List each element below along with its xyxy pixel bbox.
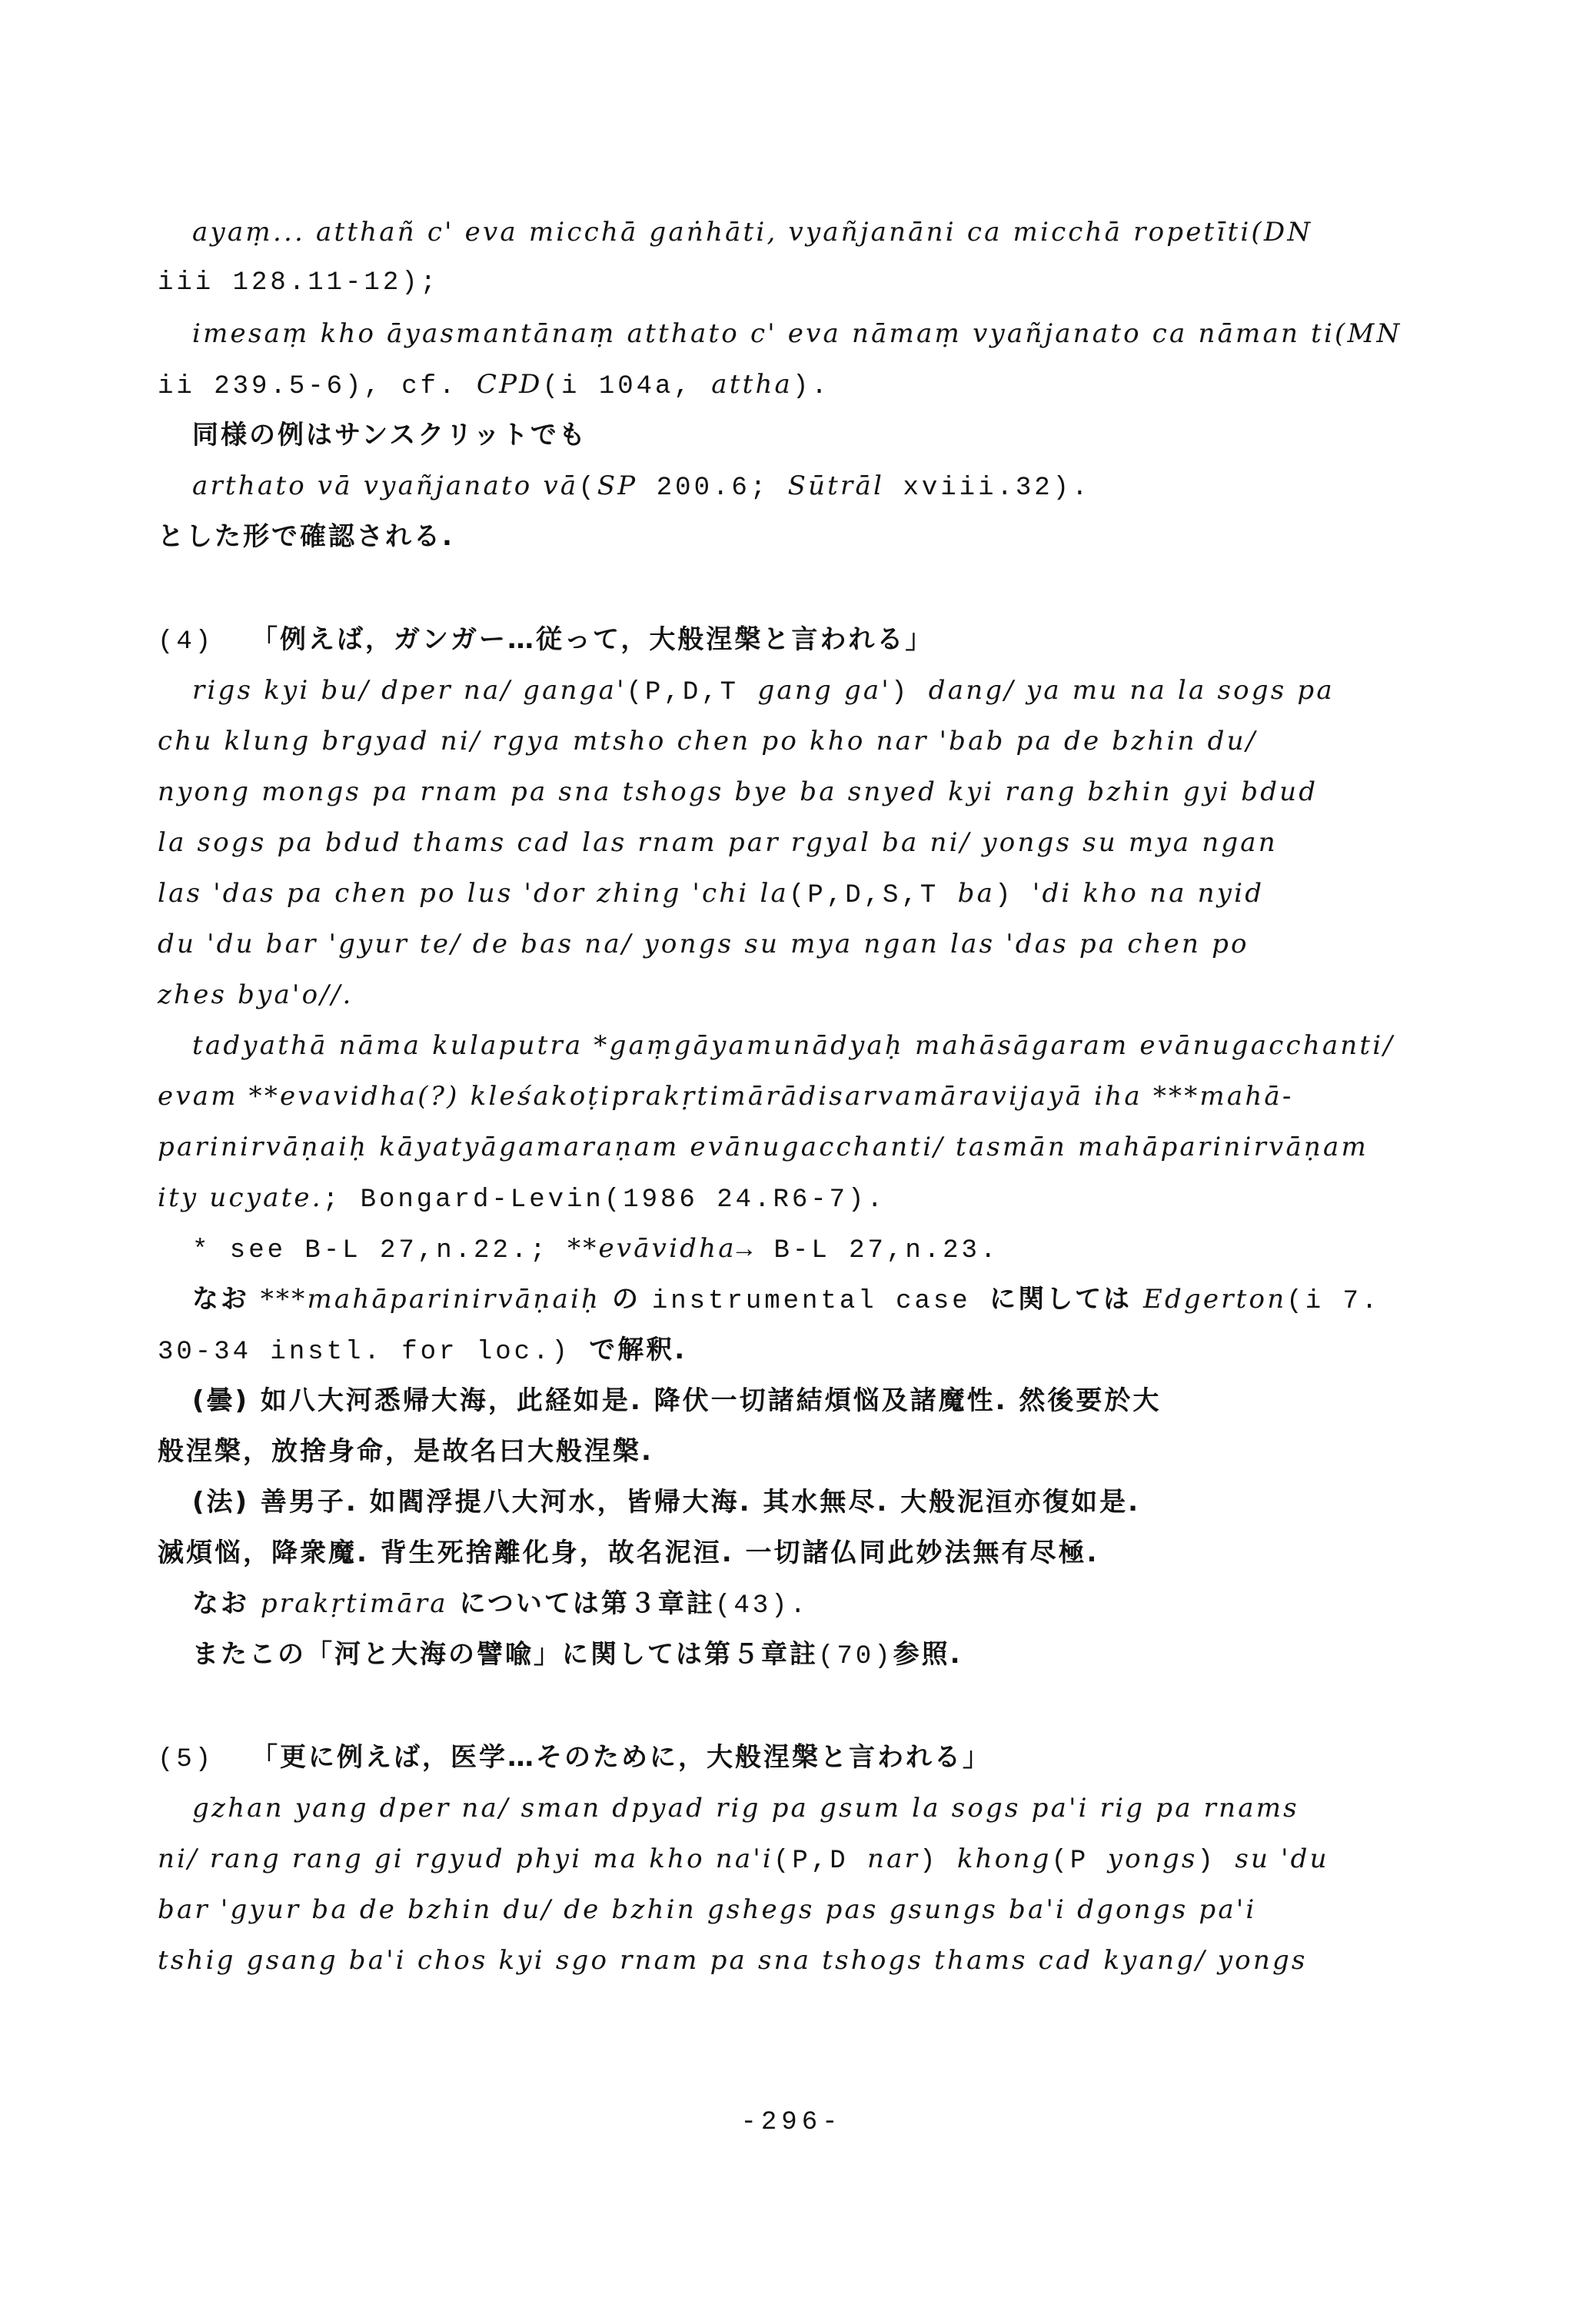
text-segment: ***mahāparinirvāṇaiḥ (261, 1284, 600, 1315)
text-segment: las 'das pa chen po lus 'dor zhing 'chi … (158, 878, 789, 909)
text-segment: の (600, 1284, 652, 1315)
text-line: 30-34 instl. for loc.) で解釈. (158, 1335, 687, 1368)
text-line: imesaṃ kho āyasmantānaṃ atthato c' eva n… (192, 318, 1402, 351)
text-segment: dang/ ya mu na la sogs pa (929, 675, 1335, 706)
text-segment: chu klung brgyad ni/ rgya mtsho chen po … (158, 726, 1257, 756)
text-line: (法) 善男子. 如閻浮提八大河水，皆帰大海. 其水無尽. 大般泥洹亦復如是. (192, 1487, 1140, 1520)
text-segment: SP (597, 470, 638, 501)
text-line: (4) 「例えば，ガンガー…従って，大般涅槃と言われる」 (158, 624, 933, 657)
text-segment: Sūtrāl (788, 470, 884, 501)
text-segment: parinirvāṇaiḥ kāyatyāgamaraṇam evānugacc… (158, 1132, 1368, 1162)
text-segment: ii 239.5-6), cf. (158, 372, 477, 401)
text-segment: evam **evavidha(?) kleśakoṭiprakṛtimārād… (158, 1081, 1294, 1112)
text-segment: ) (1198, 1847, 1235, 1876)
text-segment: (P,D (773, 1847, 867, 1876)
text-segment: に関しては (989, 1284, 1143, 1315)
text-line: またこの「河と大海の譬喩」に関しては第５章註(70)参照. (192, 1639, 963, 1672)
text-segment: rigs kyi bu/ dper na/ ganga' (192, 675, 627, 706)
text-segment: (P (1052, 1847, 1108, 1876)
text-segment: bar 'gyur ba de bzhin du/ de bzhin gsheg… (158, 1894, 1256, 1925)
text-line: zhes bya'o//. (158, 979, 354, 1012)
text-segment: (43). (715, 1591, 809, 1621)
text-line: la sogs pa bdud thams cad las rnam par r… (158, 827, 1278, 860)
text-segment: (P,D,S,T (789, 881, 958, 910)
text-segment: tshig gsang ba'i chos kyi sgo rnam pa sn… (158, 1945, 1308, 1976)
text-line: arthato vā vyañjanato vā(SP 200.6; Sūtrā… (192, 470, 1090, 504)
text-segment: で解釈. (589, 1335, 687, 1365)
text-segment: ba (958, 878, 995, 909)
text-segment: とした形で確認される. (158, 521, 454, 552)
text-segment: ayaṃ... atthañ c' eva micchā gaṅhāti, vy… (192, 217, 1312, 248)
text-segment: 200.6; (637, 474, 787, 503)
text-line: 般涅槃，放捨身命，是故名曰大般涅槃. (158, 1436, 653, 1469)
text-line: なお ***mahāparinirvāṇaiḥ の instrumental c… (192, 1284, 1380, 1317)
text-segment: またこの「河と大海の譬喩」に関しては第５章註 (192, 1639, 818, 1670)
text-segment: (i 7. (1286, 1287, 1380, 1316)
text-segment: (曇) 如八大河悉帰大海，此経如是. 降伏一切諸結煩悩及諸魔性. 然後要於大 (192, 1385, 1161, 1416)
text-line: (5) 「更に例えば，医学…そのために，大般涅槃と言われる」 (158, 1742, 991, 1775)
text-segment: xviii.32). (884, 474, 1090, 503)
text-line: なお prakṛtimāra については第３章註(43). (192, 1588, 809, 1621)
text-segment: なお (192, 1588, 261, 1619)
text-segment: arthato vā vyañjanato vā (192, 470, 578, 501)
text-segment: 同様の例はサンスクリットでも (192, 420, 587, 451)
text-segment: 'di kho na nyid (1033, 878, 1264, 909)
text-segment: ( (578, 474, 597, 503)
text-segment: su 'du (1235, 1844, 1329, 1874)
text-segment: la sogs pa bdud thams cad las rnam par r… (158, 827, 1278, 858)
text-line: ni/ rang rang gi rgyud phyi ma kho na'i(… (158, 1844, 1329, 1877)
text-segment: gzhan yang dper na/ sman dpyad rig pa gs… (192, 1793, 1299, 1824)
text-line: evam **evavidha(?) kleśakoṭiprakṛtimārād… (158, 1081, 1294, 1114)
text-segment: iii 128.11-12); (158, 268, 439, 298)
text-segment: 「更に例えば，医学…そのために，大般涅槃と言われる」 (251, 1742, 991, 1773)
text-segment: については第３章註 (448, 1588, 715, 1619)
text-segment: ity ucyate. (158, 1182, 323, 1213)
text-segment: khong (957, 1844, 1052, 1874)
text-segment: (P,D,T (627, 678, 758, 707)
text-line: ii 239.5-6), cf. CPD(i 104a, attha). (158, 369, 830, 402)
text-segment: zhes bya'o//. (158, 979, 354, 1010)
text-line: du 'du bar 'gyur te/ de bas na/ yongs su… (158, 929, 1249, 962)
text-line: 滅煩悩，降衆魔. 背生死捨離化身，故名泥洹. 一切諸仏同此妙法無有尽極. (158, 1538, 1099, 1571)
text-segment: nar (867, 1844, 920, 1874)
page-number: -296- (0, 2108, 1583, 2137)
text-segment: ) (920, 1847, 957, 1876)
text-line: * see B-L 27,n.22.; **evāvidha→ B-L 27,n… (192, 1233, 999, 1266)
text-segment: 般涅槃，放捨身命，是故名曰大般涅槃. (158, 1436, 653, 1467)
text-segment: なお (192, 1284, 261, 1315)
text-segment: → B-L 27,n.23. (737, 1236, 999, 1265)
text-segment: (法) 善男子. 如閻浮提八大河水，皆帰大海. 其水無尽. 大般泥洹亦復如是. (192, 1487, 1140, 1518)
text-segment: tadyathā nāma kulaputra *gaṃgāyamunādyaḥ… (192, 1030, 1395, 1061)
text-segment: du 'du bar 'gyur te/ de bas na/ yongs su… (158, 929, 1249, 959)
text-segment: prakṛtimāra (261, 1588, 448, 1619)
text-segment: (70) (818, 1642, 893, 1671)
text-line: parinirvāṇaiḥ kāyatyāgamaraṇam evānugacc… (158, 1132, 1368, 1165)
text-line: 同様の例はサンスクリットでも (192, 420, 587, 453)
text-segment: imesaṃ kho āyasmantānaṃ atthato c' eva n… (192, 318, 1402, 349)
text-segment: attha (711, 369, 793, 400)
text-line: ayaṃ... atthañ c' eva micchā gaṅhāti, vy… (192, 217, 1312, 250)
text-line: とした形で確認される. (158, 521, 454, 554)
document-page: ayaṃ... atthañ c' eva micchā gaṅhāti, vy… (0, 0, 1583, 2324)
text-line: bar 'gyur ba de bzhin du/ de bzhin gsheg… (158, 1894, 1256, 1927)
text-segment: Edgerton (1143, 1284, 1286, 1315)
text-segment: (i 104a, (543, 372, 712, 401)
text-segment: ) (995, 881, 1033, 910)
text-line: nyong mongs pa rnam pa sna tshogs bye ba… (158, 776, 1318, 810)
text-segment: 30-34 instl. for loc.) (158, 1338, 589, 1367)
text-line: gzhan yang dper na/ sman dpyad rig pa gs… (192, 1793, 1299, 1826)
text-segment: gang ga' (757, 675, 891, 706)
text-line: chu klung brgyad ni/ rgya mtsho chen po … (158, 726, 1257, 759)
text-segment: nyong mongs pa rnam pa sna tshogs bye ba… (158, 776, 1318, 807)
text-segment: (4) (158, 627, 251, 657)
text-segment: instrumental case (652, 1287, 989, 1316)
text-segment: ni/ rang rang gi rgyud phyi ma kho na'i (158, 1844, 773, 1874)
text-segment: 参照. (893, 1639, 963, 1670)
text-line: tadyathā nāma kulaputra *gaṃgāyamunādyaḥ… (192, 1030, 1395, 1063)
text-segment: (5) (158, 1745, 251, 1774)
text-line: ity ucyate.; Bongard-Levin(1986 24.R6-7)… (158, 1182, 886, 1215)
text-segment: ) (891, 678, 929, 707)
text-line: tshig gsang ba'i chos kyi sgo rnam pa sn… (158, 1945, 1308, 1978)
text-segment: 滅煩悩，降衆魔. 背生死捨離化身，故名泥洹. 一切諸仏同此妙法無有尽極. (158, 1538, 1099, 1568)
text-segment: 「例えば，ガンガー…従って，大般涅槃と言われる」 (251, 624, 933, 655)
text-segment: * see B-L 27,n.22.; (192, 1236, 567, 1265)
text-line: iii 128.11-12); (158, 268, 439, 298)
text-segment: CPD (477, 369, 543, 400)
text-line: las 'das pa chen po lus 'dor zhing 'chi … (158, 878, 1264, 911)
text-line: rigs kyi bu/ dper na/ ganga'(P,D,T gang … (192, 675, 1335, 708)
text-segment: yongs (1108, 1844, 1198, 1874)
text-segment: ). (793, 372, 830, 401)
text-line: (曇) 如八大河悉帰大海，此経如是. 降伏一切諸結煩悩及諸魔性. 然後要於大 (192, 1385, 1161, 1418)
text-segment: ; Bongard-Levin(1986 24.R6-7). (323, 1185, 886, 1215)
text-segment: **evāvidha (567, 1233, 737, 1264)
